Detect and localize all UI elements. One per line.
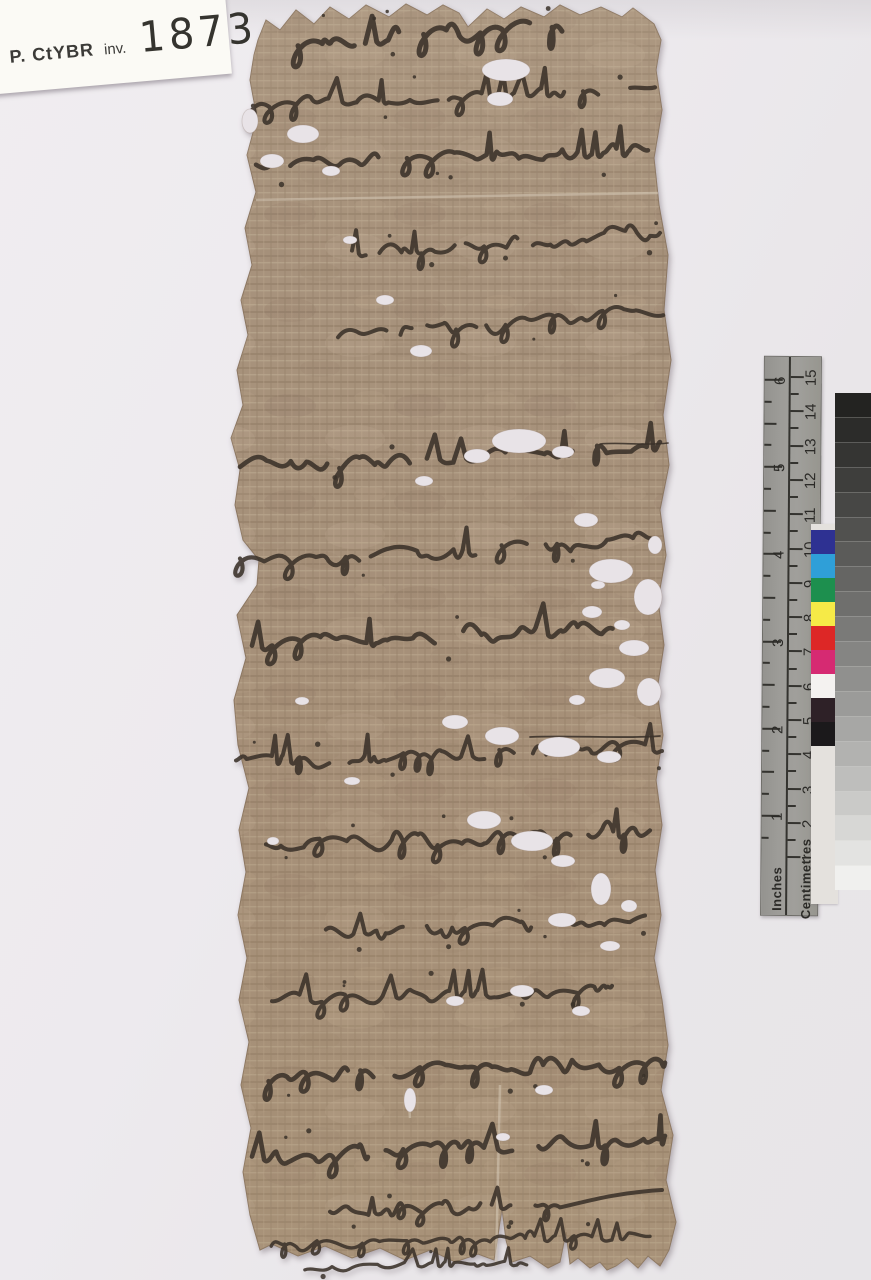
color-patch-black <box>811 722 838 746</box>
ink-diacritic-dot <box>315 742 320 747</box>
lacuna-hole <box>510 985 534 997</box>
ruler-tick <box>789 599 797 601</box>
grayscale-step-12 <box>835 666 871 691</box>
grayscale-step-17 <box>835 791 871 816</box>
ruler-tick <box>764 510 776 512</box>
lacuna-hole <box>634 579 662 615</box>
ruler-tick <box>764 531 771 533</box>
lacuna-hole <box>621 900 637 912</box>
ink-diacritic-dot <box>284 1136 287 1139</box>
ink-diacritic-dot <box>372 17 376 21</box>
ink-diacritic-dot <box>387 1194 392 1199</box>
ink-diacritic-dot <box>657 766 661 770</box>
ruler-tick <box>762 749 769 751</box>
ink-diacritic-dot <box>586 1222 590 1226</box>
ruler-tick <box>790 496 798 498</box>
lacuna-hole <box>487 92 513 106</box>
grayscale-step-7 <box>835 541 871 566</box>
ink-diacritic-dot <box>503 256 508 261</box>
ink-diacritic-dot <box>641 931 646 936</box>
lacuna-hole <box>295 697 309 705</box>
ink-diacritic-dot <box>386 10 389 13</box>
ink-diacritic-dot <box>429 1250 432 1253</box>
color-patch-green <box>811 578 838 602</box>
ruler-divider-line <box>785 357 791 915</box>
ruler-tick <box>762 771 774 773</box>
ink-diacritic-dot <box>585 1161 590 1166</box>
ink-diacritic-dot <box>543 855 547 859</box>
ink-diacritic-dot <box>614 294 617 297</box>
ruler-tick <box>763 662 770 664</box>
ruler-number: 13 <box>803 438 818 455</box>
ruler-number: 12 <box>803 472 818 489</box>
ruler-number: 14 <box>804 404 819 421</box>
ink-diacritic-dot <box>455 615 459 619</box>
ruler-tick <box>763 619 770 621</box>
ink-diacritic-dot <box>343 980 347 984</box>
lacuna-hole <box>572 1006 590 1016</box>
ink-diacritic-dot <box>509 1220 514 1225</box>
lacuna-hole <box>485 727 519 745</box>
grayscale-step-9 <box>835 591 871 616</box>
ink-diacritic-dot <box>287 1094 290 1097</box>
ink-diacritic-dot <box>388 234 392 238</box>
ruler-tick <box>762 706 769 708</box>
collection-siglum: P. CtYBR <box>9 39 95 67</box>
ink-diacritic-dot <box>332 475 337 480</box>
ink-diacritic-dot <box>647 250 652 255</box>
ruler-tick <box>763 597 775 599</box>
ink-diacritic-dot <box>357 947 362 952</box>
ruler-tick <box>788 736 796 738</box>
lacuna-hole <box>552 446 574 458</box>
ink-diacritic-dot <box>352 1225 356 1229</box>
ruler-tick <box>790 462 798 464</box>
ink-rule-stroke <box>600 443 668 444</box>
color-patch-cyan <box>811 554 838 578</box>
ruler-tick <box>762 793 769 795</box>
grayscale-step-16 <box>835 766 871 791</box>
ruler-tick <box>765 401 772 403</box>
ruler-tick <box>763 684 775 686</box>
lacuna-hole <box>410 345 432 357</box>
lacuna-hole <box>548 913 576 927</box>
grayscale-step-20 <box>835 865 871 890</box>
lacuna-hole <box>343 236 357 244</box>
lacuna-hole <box>442 715 468 729</box>
ink-rule-stroke <box>530 736 660 737</box>
ink-diacritic-dot <box>285 856 288 859</box>
ink-diacritic-dot <box>343 984 346 987</box>
ink-diacritic-dot <box>391 52 396 57</box>
ruler-tick <box>788 805 796 807</box>
lacuna-hole <box>589 559 633 583</box>
lacuna-hole <box>511 831 553 851</box>
color-patch-white <box>811 674 838 698</box>
lacuna-hole <box>242 109 258 133</box>
grayscale-step-2 <box>835 417 871 442</box>
grayscale-step-14 <box>835 716 871 741</box>
inv-abbreviation: inv. <box>103 40 127 59</box>
ink-diacritic-dot <box>571 559 575 563</box>
ink-diacritic-dot <box>448 175 452 179</box>
lacuna-hole <box>614 620 630 630</box>
inventory-label-text: P. CtYBR inv. 1873 <box>7 5 259 73</box>
ink-diacritic-dot <box>507 1224 512 1229</box>
ruler-number: 4 <box>772 551 787 559</box>
ruler-number: 6 <box>773 377 788 385</box>
ink-diacritic-dot <box>321 1274 326 1279</box>
lacuna-hole <box>260 154 284 168</box>
ruler-number: 3 <box>771 638 786 646</box>
lacuna-hole <box>538 737 580 757</box>
lacuna-hole <box>600 941 620 951</box>
ink-diacritic-dot <box>520 1002 525 1007</box>
ruler-tick <box>763 575 770 577</box>
ink-diacritic-dot <box>436 172 439 175</box>
ink-diacritic-dot <box>362 574 365 577</box>
lacuna-hole <box>287 125 319 143</box>
grayscale-step-1 <box>835 393 871 417</box>
lacuna-hole <box>551 855 575 867</box>
ruler-number: 15 <box>804 369 819 386</box>
ruler-tick <box>788 839 796 841</box>
ink-diacritic-dot <box>642 1074 645 1077</box>
ink-diacritic-dot <box>581 1159 584 1162</box>
ruler-tick <box>764 422 776 424</box>
ruler-tick <box>791 393 799 395</box>
color-patch-magenta <box>811 650 838 674</box>
color-patch-red <box>811 626 838 650</box>
lacuna-hole <box>404 1088 416 1112</box>
ink-diacritic-dot <box>413 75 416 78</box>
ruler-number: 2 <box>770 725 785 733</box>
color-calibration-guide <box>811 524 838 904</box>
color-patch-three-quarter-black <box>811 698 838 722</box>
lacuna-hole <box>582 606 602 618</box>
ruler-tick <box>790 427 798 429</box>
lacuna-hole <box>446 996 464 1006</box>
ink-diacritic-dot <box>429 971 434 976</box>
grayscale-step-5 <box>835 492 871 517</box>
lacuna-hole <box>591 581 605 589</box>
ink-diacritic-dot <box>306 1128 311 1133</box>
ruler-tick <box>789 565 797 567</box>
lacuna-hole <box>589 668 625 688</box>
ink-diacritic-dot <box>508 1089 513 1094</box>
ruler-tick <box>789 668 797 670</box>
color-patch-blue <box>811 530 838 554</box>
grayscale-step-19 <box>835 840 871 865</box>
ink-diacritic-dot <box>546 6 551 11</box>
lacuna-hole <box>482 59 530 81</box>
lacuna-hole <box>492 429 546 453</box>
lacuna-hole <box>597 751 621 763</box>
ink-diacritic-dot <box>389 444 394 449</box>
ink-diacritic-dot <box>390 773 394 777</box>
ink-diacritic-dot <box>517 909 520 912</box>
lacuna-hole <box>322 166 340 176</box>
ruler-number: 1 <box>770 813 785 821</box>
lacuna-hole <box>344 777 360 785</box>
ink-diacritic-dot <box>384 115 388 119</box>
ruler-tick <box>789 702 797 704</box>
lacuna-hole <box>467 811 501 829</box>
lacuna-hole <box>591 873 611 905</box>
grayscale-step-3 <box>835 442 871 467</box>
lacuna-hole <box>464 449 490 463</box>
grayscale-step-18 <box>835 815 871 840</box>
grayscale-step-10 <box>835 616 871 641</box>
grayscale-step-15 <box>835 741 871 766</box>
papyrus-fragment <box>0 0 871 1280</box>
color-patch-yellow <box>811 602 838 626</box>
ink-diacritic-dot <box>253 741 256 744</box>
ink-diacritic-dot <box>602 173 606 177</box>
lacuna-hole <box>648 536 662 554</box>
ink-diacritic-dot <box>322 14 325 17</box>
lacuna-hole <box>619 640 649 656</box>
grayscale-step-8 <box>835 566 871 591</box>
ruler-tick <box>762 837 769 839</box>
lacuna-hole <box>569 695 585 705</box>
ink-diacritic-dot <box>543 935 546 938</box>
ruler-tick <box>790 530 798 532</box>
ink-diacritic-dot <box>442 814 446 818</box>
ink-diacritic-dot <box>509 816 513 820</box>
grayscale-step-13 <box>835 691 871 716</box>
inventory-number: 1873 <box>137 4 259 62</box>
lacuna-hole <box>574 513 598 527</box>
ink-diacritic-dot <box>571 1002 576 1007</box>
ruler-number: 11 <box>803 508 818 524</box>
lacuna-hole <box>637 678 661 706</box>
ruler-tick <box>764 444 771 446</box>
ink-diacritic-dot <box>446 656 451 661</box>
grayscale-step-11 <box>835 641 871 666</box>
grayscale-step-6 <box>835 517 871 542</box>
ruler-tick <box>789 633 797 635</box>
ink-diacritic-dot <box>654 221 658 225</box>
ink-diacritic-dot <box>429 262 434 267</box>
ink-diacritic-dot <box>532 338 535 341</box>
photo-stage: P. CtYBR inv. 1873 Inches Centimetres 65… <box>0 0 871 1280</box>
lacuna-hole <box>535 1085 553 1095</box>
ink-diacritic-dot <box>279 182 284 187</box>
ruler-tick <box>764 488 771 490</box>
lacuna-hole <box>376 295 394 305</box>
ruler-inches-label: Inches <box>769 867 784 911</box>
ink-diacritic-dot <box>351 824 355 828</box>
lacuna-hole <box>496 1133 510 1141</box>
lacuna-hole <box>415 476 433 486</box>
ruler-tick <box>788 770 796 772</box>
ink-diacritic-dot <box>618 75 623 80</box>
grayscale-step-4 <box>835 467 871 492</box>
ink-diacritic-dot <box>446 944 451 949</box>
lacuna-hole <box>267 837 279 845</box>
ruler-number: 5 <box>772 464 787 472</box>
grayscale-step-wedge <box>835 393 871 890</box>
